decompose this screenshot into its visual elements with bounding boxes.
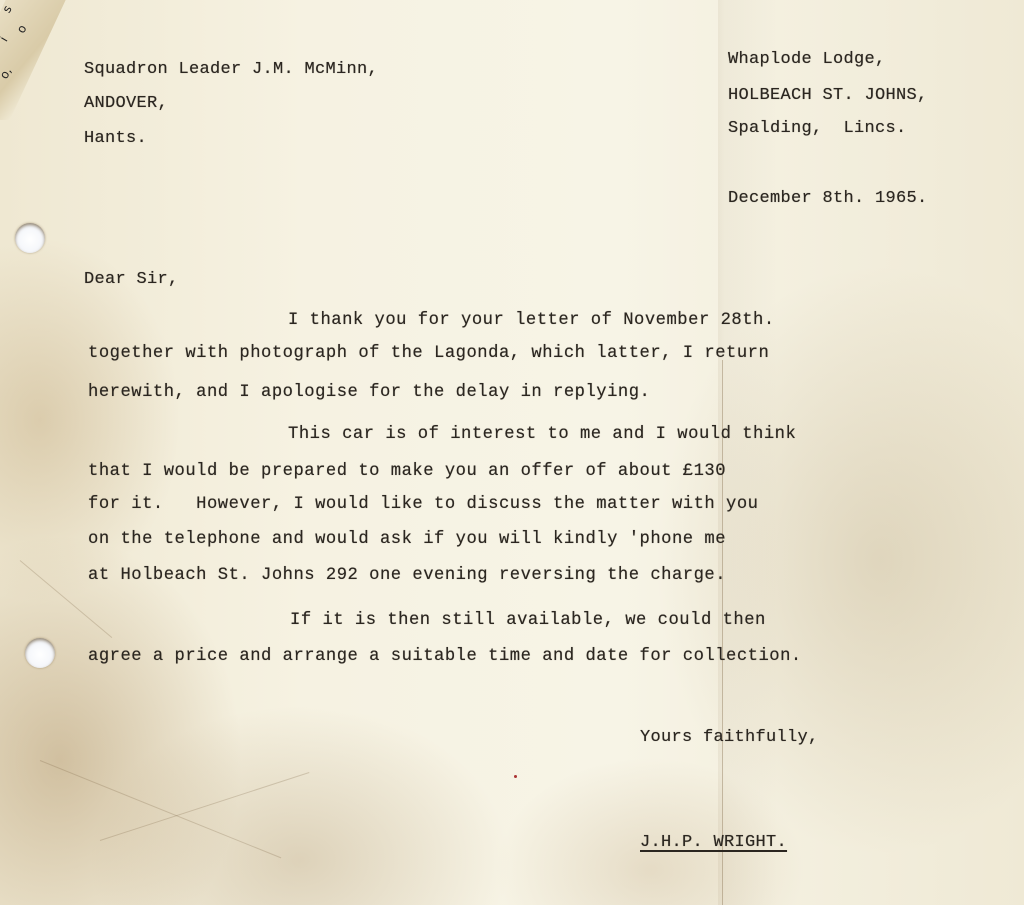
sender-house: Whaplode Lodge, <box>728 50 886 69</box>
body-line: agree a price and arrange a suitable tim… <box>88 647 802 666</box>
signature: J.H.P. WRIGHT. <box>640 833 787 852</box>
salutation: Dear Sir, <box>84 270 179 289</box>
recipient-name: Squadron Leader J.M. McMinn, <box>84 60 378 79</box>
body-line: I thank you for your letter of November … <box>288 311 775 330</box>
closing: Yours faithfully, <box>640 728 819 747</box>
punch-hole-top <box>15 223 45 253</box>
ink-speck <box>514 775 517 778</box>
body-line: If it is then still available, we could … <box>290 611 766 630</box>
body-line: for it. However, I would like to discuss… <box>88 495 758 514</box>
punch-hole-bottom <box>25 638 55 668</box>
letter-date: December 8th. 1965. <box>728 189 928 208</box>
recipient-town: ANDOVER, <box>84 94 168 113</box>
body-line: that I would be prepared to make you an … <box>88 462 726 481</box>
sender-village: HOLBEACH ST. JOHNS, <box>728 86 928 105</box>
body-line: herewith, and I apologise for the delay … <box>88 383 650 402</box>
recipient-county: Hants. <box>84 129 147 148</box>
body-line: on the telephone and would ask if you wi… <box>88 530 726 549</box>
body-line: This car is of interest to me and I woul… <box>288 425 796 444</box>
body-line: together with photograph of the Lagonda,… <box>88 344 769 363</box>
sender-town: Spalding, Lincs. <box>728 119 907 138</box>
body-line: at Holbeach St. Johns 292 one evening re… <box>88 566 726 585</box>
